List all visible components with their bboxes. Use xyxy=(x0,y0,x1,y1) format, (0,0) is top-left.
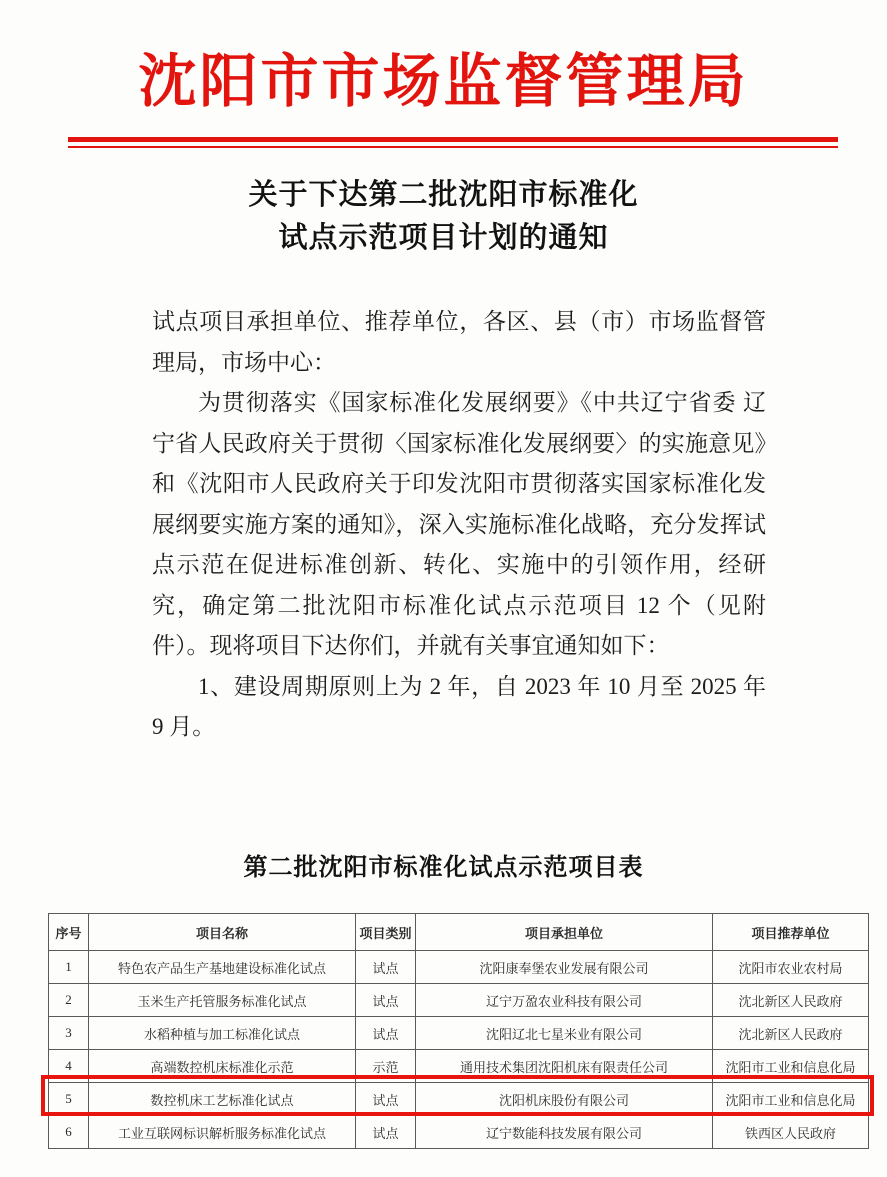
table-cell: 玉米生产托管服务标准化试点 xyxy=(89,984,356,1017)
table-cell: 沈阳市工业和信息化局 xyxy=(713,1050,869,1083)
table-cell: 试点 xyxy=(356,1083,416,1116)
table-body: 1特色农产品生产基地建设标准化试点试点沈阳康奉堡农业发展有限公司沈阳市农业农村局… xyxy=(49,951,869,1149)
table-cell: 1 xyxy=(49,951,89,984)
paragraph-salutation: 试点项目承担单位、推荐单位，各区、县（市）市场监督管理局，市场中心： xyxy=(152,302,766,383)
table-row: 5数控机床工艺标准化试点试点沈阳机床股份有限公司沈阳市工业和信息化局 xyxy=(49,1083,869,1116)
paragraph-main: 为贯彻落实《国家标准化发展纲要》《中共辽宁省委 辽宁省人民政府关于贯彻〈国家标准… xyxy=(152,383,766,667)
table-cell: 沈阳辽北七星米业有限公司 xyxy=(416,1017,713,1050)
column-header: 项目类别 xyxy=(356,914,416,951)
table-cell: 示范 xyxy=(356,1050,416,1083)
document-title-line1: 关于下达第二批沈阳市标准化 xyxy=(0,174,887,217)
table-cell: 试点 xyxy=(356,1116,416,1149)
table-cell: 3 xyxy=(49,1017,89,1050)
table-cell: 5 xyxy=(49,1083,89,1116)
table-cell: 沈阳市农业农村局 xyxy=(713,951,869,984)
divider-line-thick xyxy=(68,137,838,142)
column-header: 项目承担单位 xyxy=(416,914,713,951)
table-row: 6工业互联网标识解析服务标准化试点试点辽宁数能科技发展有限公司铁西区人民政府 xyxy=(49,1116,869,1149)
table-cell: 4 xyxy=(49,1050,89,1083)
table-cell: 沈阳康奉堡农业发展有限公司 xyxy=(416,951,713,984)
document-title: 关于下达第二批沈阳市标准化 试点示范项目计划的通知 xyxy=(0,174,887,260)
table-cell: 通用技术集团沈阳机床有限责任公司 xyxy=(416,1050,713,1083)
table-cell: 6 xyxy=(49,1116,89,1149)
table-cell: 工业互联网标识解析服务标准化试点 xyxy=(89,1116,356,1149)
table-cell: 高端数控机床标准化示范 xyxy=(89,1050,356,1083)
document-title-line2: 试点示范项目计划的通知 xyxy=(0,217,887,260)
body-text: 试点项目承担单位、推荐单位，各区、县（市）市场监督管理局，市场中心： 为贯彻落实… xyxy=(152,302,766,748)
column-header: 序号 xyxy=(49,914,89,951)
table-header-row: 序号项目名称项目类别项目承担单位项目推荐单位 xyxy=(49,914,869,951)
attachment-table-title: 第二批沈阳市标准化试点示范项目表 xyxy=(0,847,887,882)
divider-line-thin xyxy=(68,146,838,148)
table-row: 4高端数控机床标准化示范示范通用技术集团沈阳机床有限责任公司沈阳市工业和信息化局 xyxy=(49,1050,869,1083)
table-row: 3水稻种植与加工标准化试点试点沈阳辽北七星米业有限公司沈北新区人民政府 xyxy=(49,1017,869,1050)
projects-table: 序号项目名称项目类别项目承担单位项目推荐单位 1特色农产品生产基地建设标准化试点… xyxy=(48,913,869,1149)
document-page: 沈阳市市场监督管理局 关于下达第二批沈阳市标准化 试点示范项目计划的通知 试点项… xyxy=(0,0,887,1177)
table-cell: 沈北新区人民政府 xyxy=(713,1017,869,1050)
agency-masthead: 沈阳市市场监督管理局 xyxy=(0,34,887,118)
table-cell: 铁西区人民政府 xyxy=(713,1116,869,1149)
table-cell: 水稻种植与加工标准化试点 xyxy=(89,1017,356,1050)
table-row: 1特色农产品生产基地建设标准化试点试点沈阳康奉堡农业发展有限公司沈阳市农业农村局 xyxy=(49,951,869,984)
table-cell: 沈阳市工业和信息化局 xyxy=(713,1083,869,1116)
column-header: 项目名称 xyxy=(89,914,356,951)
table-cell: 试点 xyxy=(356,984,416,1017)
table-cell: 数控机床工艺标准化试点 xyxy=(89,1083,356,1116)
table-cell: 辽宁数能科技发展有限公司 xyxy=(416,1116,713,1149)
table-cell: 特色农产品生产基地建设标准化试点 xyxy=(89,951,356,984)
table-cell: 沈阳机床股份有限公司 xyxy=(416,1083,713,1116)
table-row: 2玉米生产托管服务标准化试点试点辽宁万盈农业科技有限公司沈北新区人民政府 xyxy=(49,984,869,1017)
table-cell: 试点 xyxy=(356,1017,416,1050)
column-header: 项目推荐单位 xyxy=(713,914,869,951)
table-cell: 沈北新区人民政府 xyxy=(713,984,869,1017)
table-cell: 辽宁万盈农业科技有限公司 xyxy=(416,984,713,1017)
masthead-divider xyxy=(68,137,838,148)
paragraph-item-1: 1、建设周期原则上为 2 年，自 2023 年 10 月至 2025 年 9 月… xyxy=(152,667,766,748)
table-cell: 试点 xyxy=(356,951,416,984)
table-cell: 2 xyxy=(49,984,89,1017)
